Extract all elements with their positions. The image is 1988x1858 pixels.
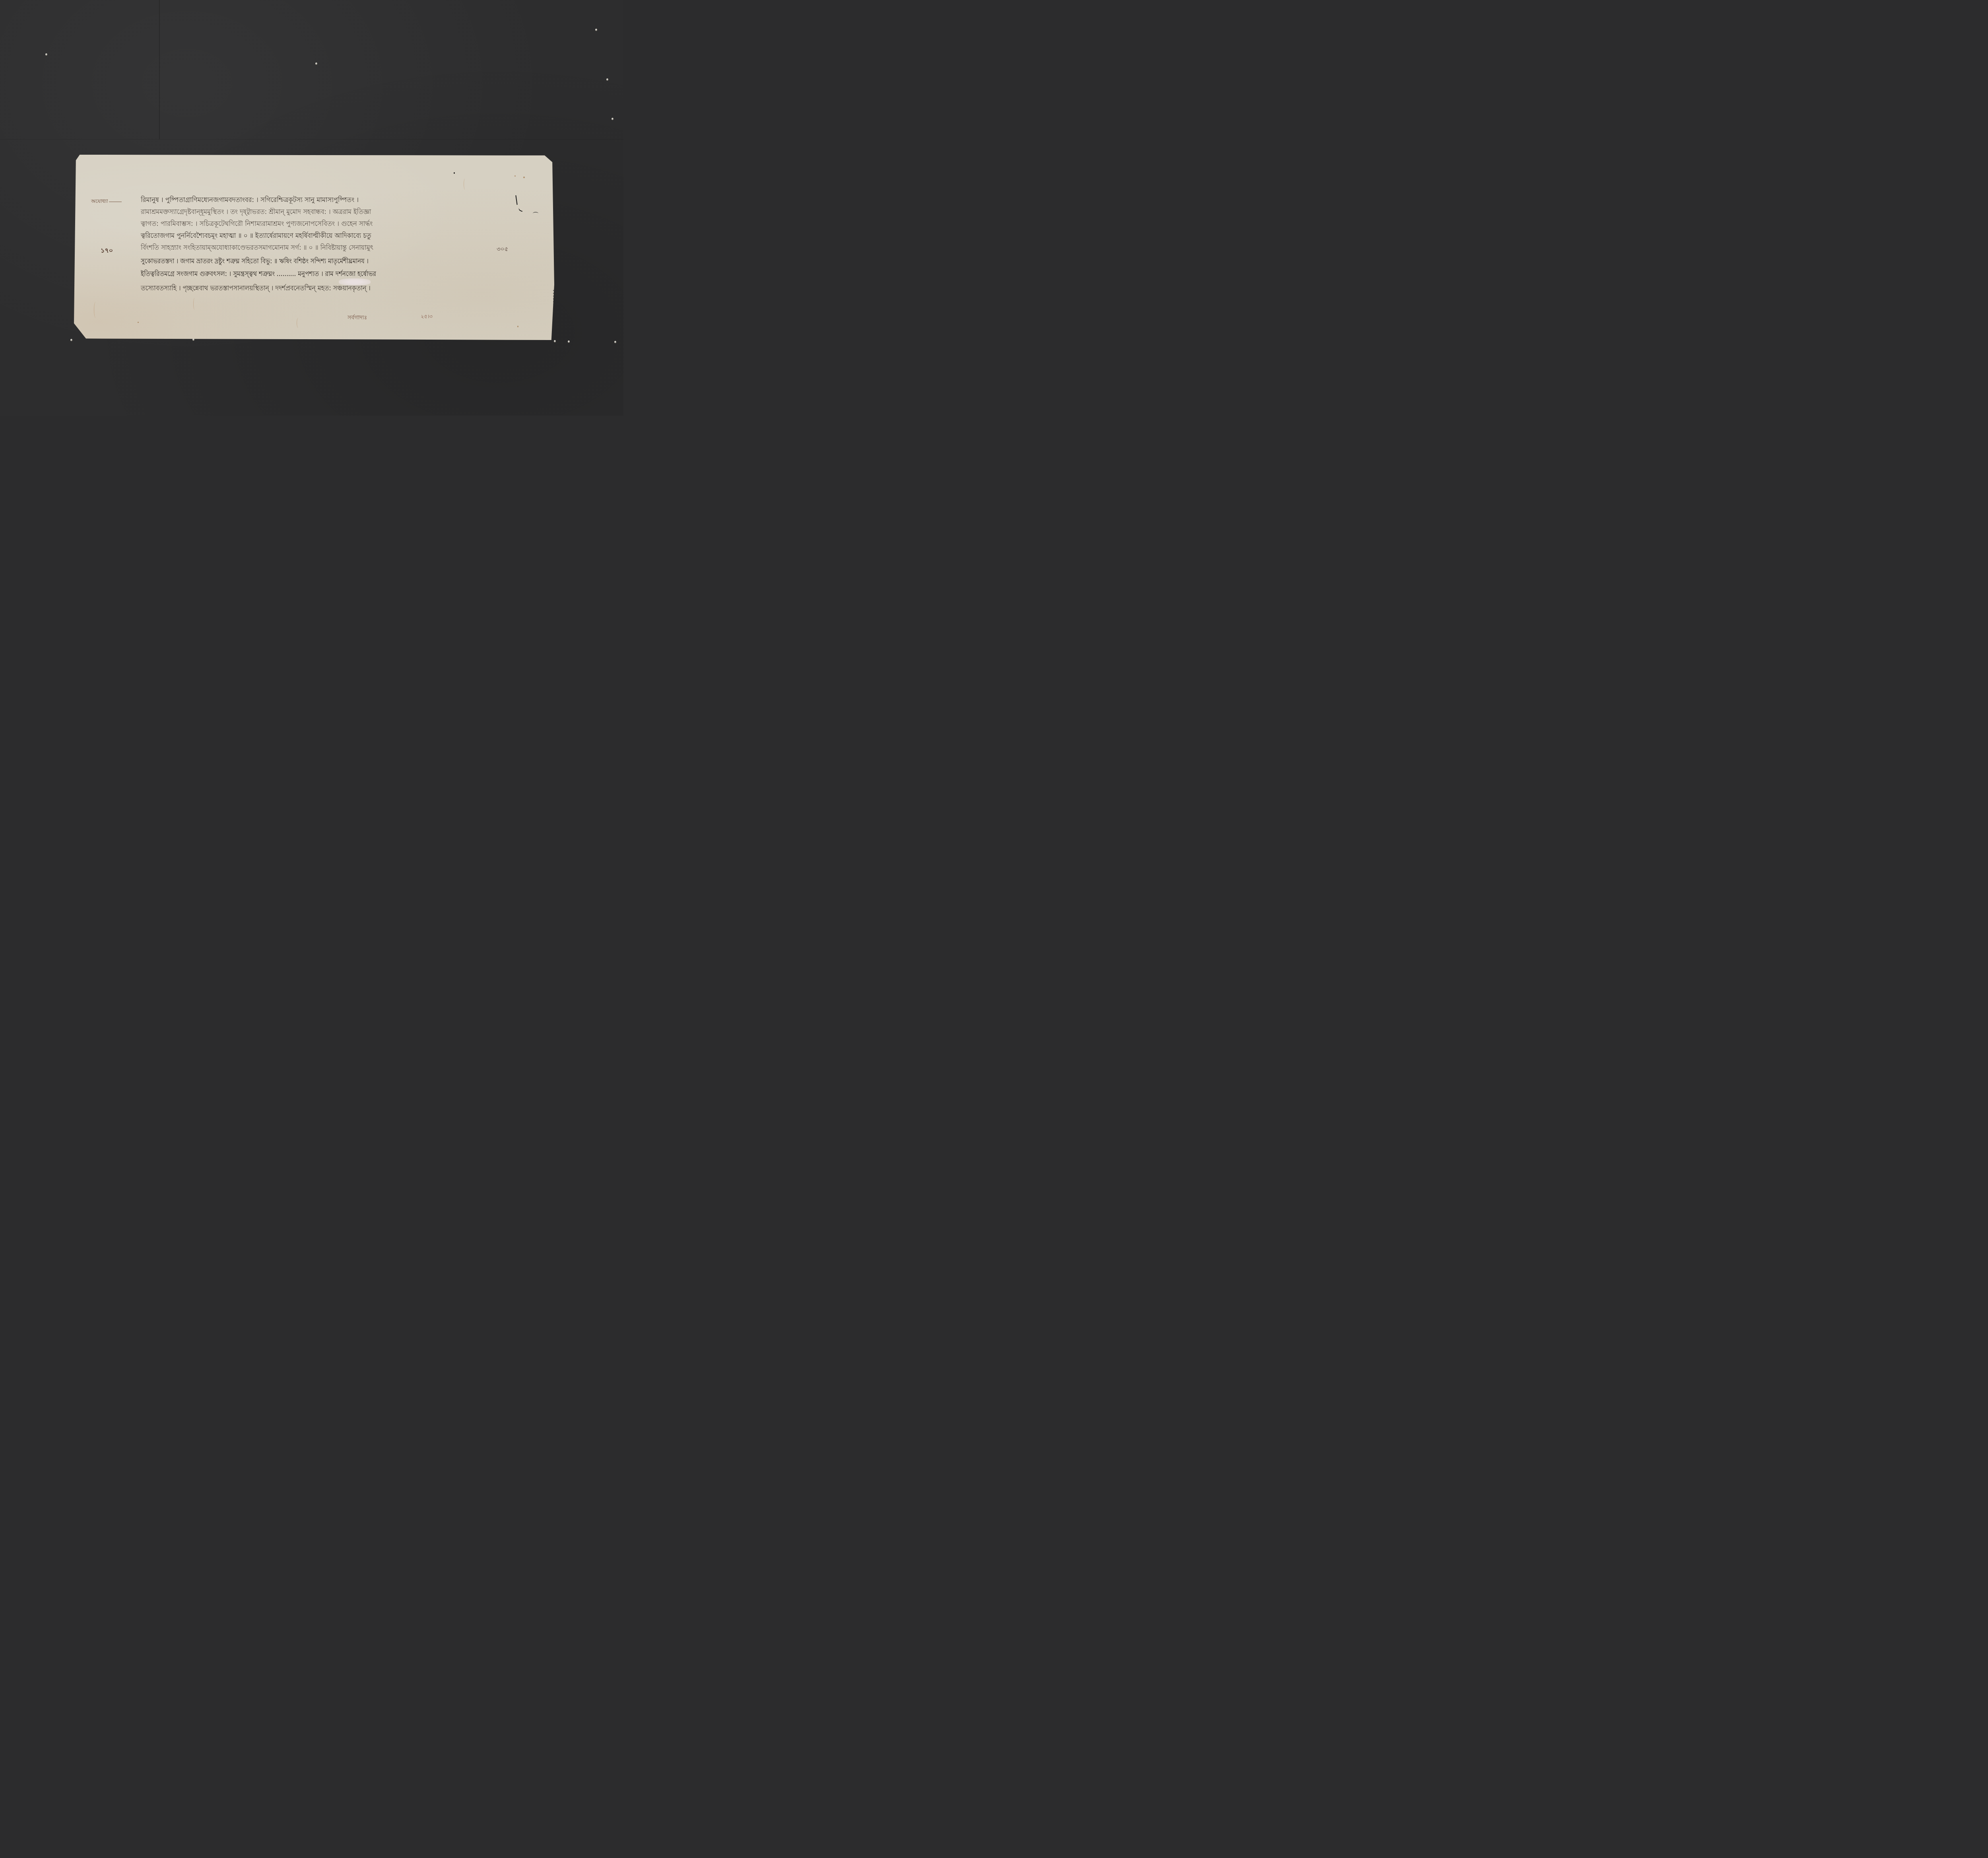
margin-dash bbox=[109, 202, 122, 202]
mounting-pin bbox=[614, 341, 616, 343]
text-line-3: ত্বাগত: পারমিবাম্ভস: । সচিত্রকূটেথগিরৌ ন… bbox=[141, 220, 373, 228]
ink-dot bbox=[454, 172, 455, 174]
mounting-pin bbox=[45, 53, 47, 56]
text-line-1: রিমানুষ । পুষ্পিতাগ্রাণিমধ্যেনজগামবদতাংব… bbox=[141, 196, 359, 204]
section-label-ayodhya: অযোধ্যা bbox=[91, 198, 108, 206]
paper-fiber bbox=[193, 298, 196, 310]
paper-speck bbox=[138, 322, 139, 323]
text-line-2: রামাশ্রমমক্তস্যাগ্রেদৃষ্টবান্‌ধূমমুস্থিত… bbox=[141, 208, 371, 216]
paper-speck bbox=[517, 326, 518, 327]
mounting-pin bbox=[70, 339, 72, 341]
footer-note: সর্বগাদ্যঃ bbox=[348, 313, 367, 323]
mounting-pin bbox=[554, 340, 556, 342]
paper-speck bbox=[514, 175, 516, 177]
mounting-pin bbox=[315, 62, 317, 65]
paper-damage-patch bbox=[339, 278, 371, 286]
text-line-4: ত্বরিতোজগাম পুনর্নিবেশ্যৈবচমূং মহাত্মা ॥… bbox=[141, 232, 371, 240]
text-line-7: ইতিত্বরিতমগ্রে সংজগাম গুরুবৎসল: । সুমন্ত… bbox=[141, 270, 376, 278]
paper-fiber bbox=[297, 318, 300, 328]
footer-note: ২৫।৩ bbox=[421, 313, 433, 321]
text-line-5: র্বিংশতি সাহস্র্যাং সংহিতায়াম্‌অযোধ্যাক… bbox=[141, 244, 373, 252]
mounting-pin bbox=[568, 340, 570, 343]
paper-speck bbox=[523, 177, 525, 178]
paper-fiber bbox=[94, 302, 97, 318]
ink-stroke-mark bbox=[533, 212, 538, 215]
paper-fiber bbox=[464, 179, 466, 190]
folio-number-right: ৩০৫ bbox=[497, 245, 508, 255]
mounting-pin bbox=[612, 118, 613, 120]
ink-stroke-mark bbox=[518, 206, 524, 212]
mounting-pin bbox=[595, 29, 597, 31]
folio-number-left: ১৭০ bbox=[101, 245, 113, 256]
backing-crease-horizontal bbox=[0, 139, 623, 140]
text-line-6: সুকোভরতস্তদা । জগাম ভ্রাতরং দ্রষ্টুং শত্… bbox=[141, 257, 369, 265]
mounting-pin bbox=[606, 78, 608, 81]
ink-stroke-mark bbox=[515, 195, 518, 205]
backing-crease-vertical bbox=[159, 0, 160, 139]
text-line-8: তস্যোবতস্যাহি । পৃচ্ছন্নেবাথ ভরতস্তাপসান… bbox=[141, 284, 371, 292]
manuscript-folio: অযোধ্যা ১৭০ ৩০৫ রিমানুষ । পুষ্পিতাগ্রাণি… bbox=[74, 155, 554, 340]
